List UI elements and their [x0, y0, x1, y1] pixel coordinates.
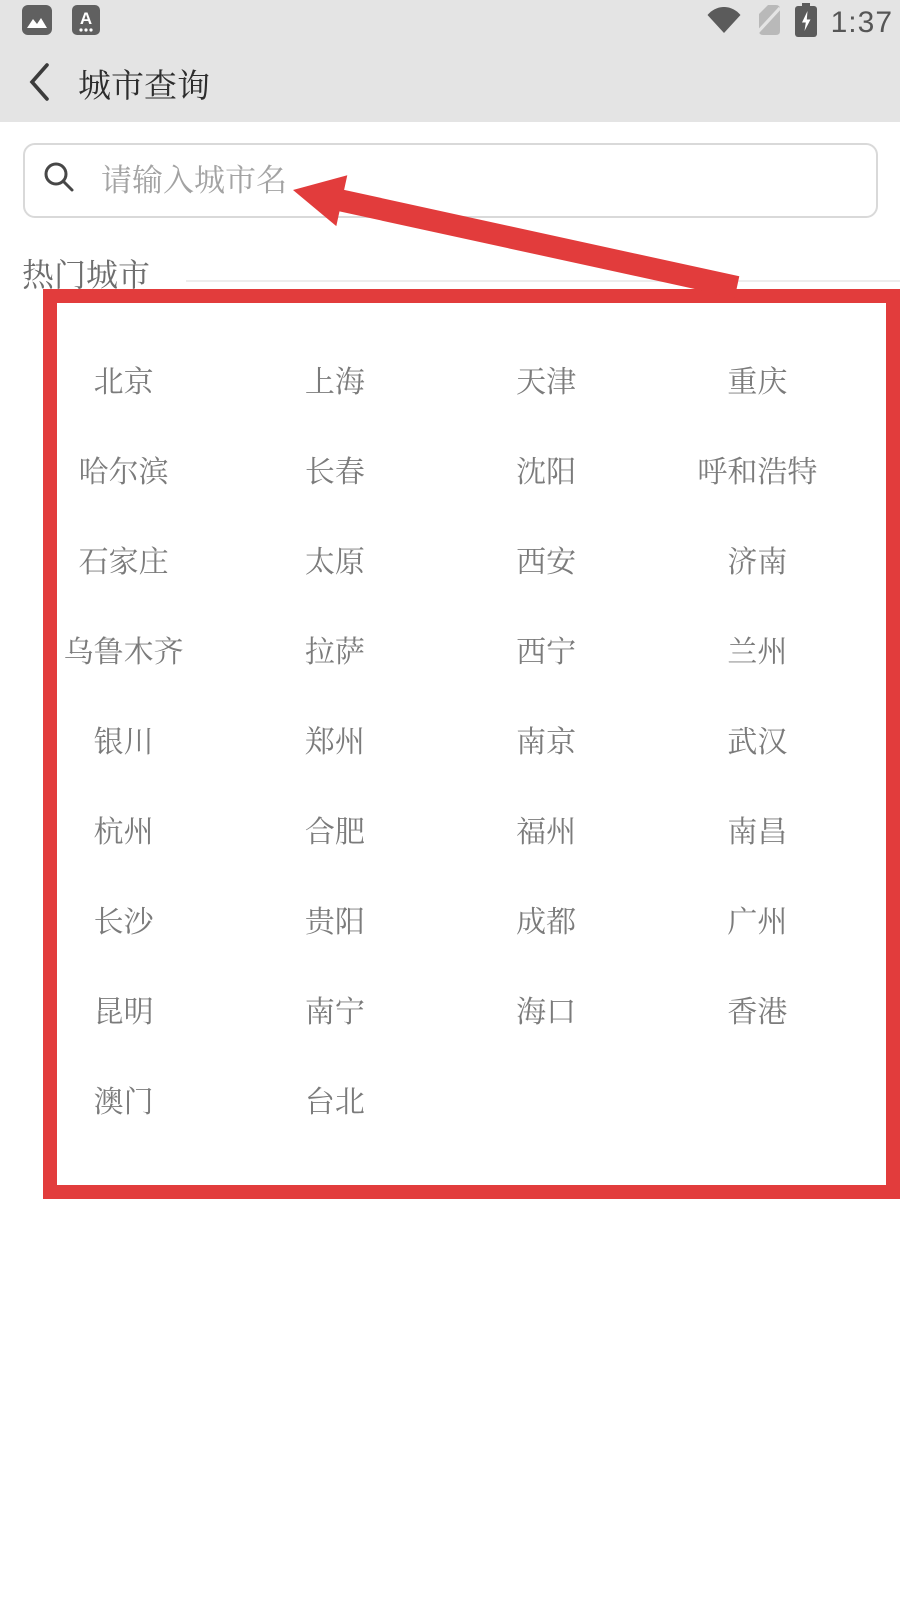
city-item[interactable]: 杭州 — [18, 784, 229, 874]
city-item[interactable]: 南宁 — [229, 964, 440, 1054]
city-item[interactable]: 澳门 — [18, 1054, 229, 1144]
city-item[interactable]: 天津 — [441, 334, 652, 424]
city-item[interactable]: 台北 — [229, 1054, 440, 1144]
city-item[interactable]: 合肥 — [229, 784, 440, 874]
city-item[interactable]: 武汉 — [652, 694, 863, 784]
city-item[interactable]: 济南 — [652, 514, 863, 604]
city-item[interactable]: 福州 — [441, 784, 652, 874]
city-item[interactable]: 拉萨 — [229, 604, 440, 694]
no-sim-icon — [755, 5, 781, 40]
city-item[interactable]: 郑州 — [229, 694, 440, 784]
input-method-icon: A — [72, 5, 100, 40]
section-divider — [186, 280, 900, 282]
search-input[interactable] — [99, 162, 858, 200]
city-item[interactable]: 银川 — [18, 694, 229, 784]
city-item[interactable]: 香港 — [652, 964, 863, 1054]
city-item[interactable]: 北京 — [18, 334, 229, 424]
back-button[interactable] — [28, 62, 50, 105]
city-item[interactable]: 海口 — [441, 964, 652, 1054]
city-item[interactable]: 上海 — [229, 334, 440, 424]
city-item[interactable]: 太原 — [229, 514, 440, 604]
page-title: 城市查询 — [78, 60, 210, 107]
status-bar: A — [0, 0, 900, 45]
city-item[interactable]: 贵阳 — [229, 874, 440, 964]
hot-cities-grid: 北京上海天津重庆哈尔滨长春沈阳呼和浩特石家庄太原西安济南乌鲁木齐拉萨西宁兰州银川… — [18, 334, 863, 1144]
city-item[interactable]: 重庆 — [652, 334, 863, 424]
wifi-icon — [707, 7, 741, 38]
search-icon — [43, 161, 77, 200]
city-item[interactable]: 南京 — [441, 694, 652, 784]
city-item[interactable]: 沈阳 — [441, 424, 652, 514]
city-item[interactable]: 广州 — [652, 874, 863, 964]
app-bar: 城市查询 — [0, 45, 900, 122]
status-time: 1:37 — [831, 6, 893, 40]
back-chevron-icon — [28, 62, 50, 105]
city-item[interactable]: 呼和浩特 — [652, 424, 863, 514]
city-item[interactable]: 西宁 — [441, 604, 652, 694]
gallery-icon — [22, 5, 52, 40]
city-item[interactable]: 兰州 — [652, 604, 863, 694]
battery-charging-icon — [795, 3, 817, 42]
city-item[interactable]: 昆明 — [18, 964, 229, 1054]
city-item[interactable]: 西安 — [441, 514, 652, 604]
city-item[interactable]: 乌鲁木齐 — [18, 604, 229, 694]
section-title-hot-cities: 热门城市 — [22, 256, 150, 294]
status-bar-right: 1:37 — [707, 3, 893, 42]
city-item[interactable]: 长沙 — [18, 874, 229, 964]
city-item[interactable]: 哈尔滨 — [18, 424, 229, 514]
city-item[interactable]: 石家庄 — [18, 514, 229, 604]
search-box[interactable] — [23, 143, 878, 218]
city-item[interactable]: 南昌 — [652, 784, 863, 874]
top-bar: A — [0, 0, 900, 122]
status-bar-left: A — [22, 5, 100, 40]
input-method-letter: A — [80, 9, 92, 28]
city-item[interactable]: 成都 — [441, 874, 652, 964]
city-item[interactable]: 长春 — [229, 424, 440, 514]
